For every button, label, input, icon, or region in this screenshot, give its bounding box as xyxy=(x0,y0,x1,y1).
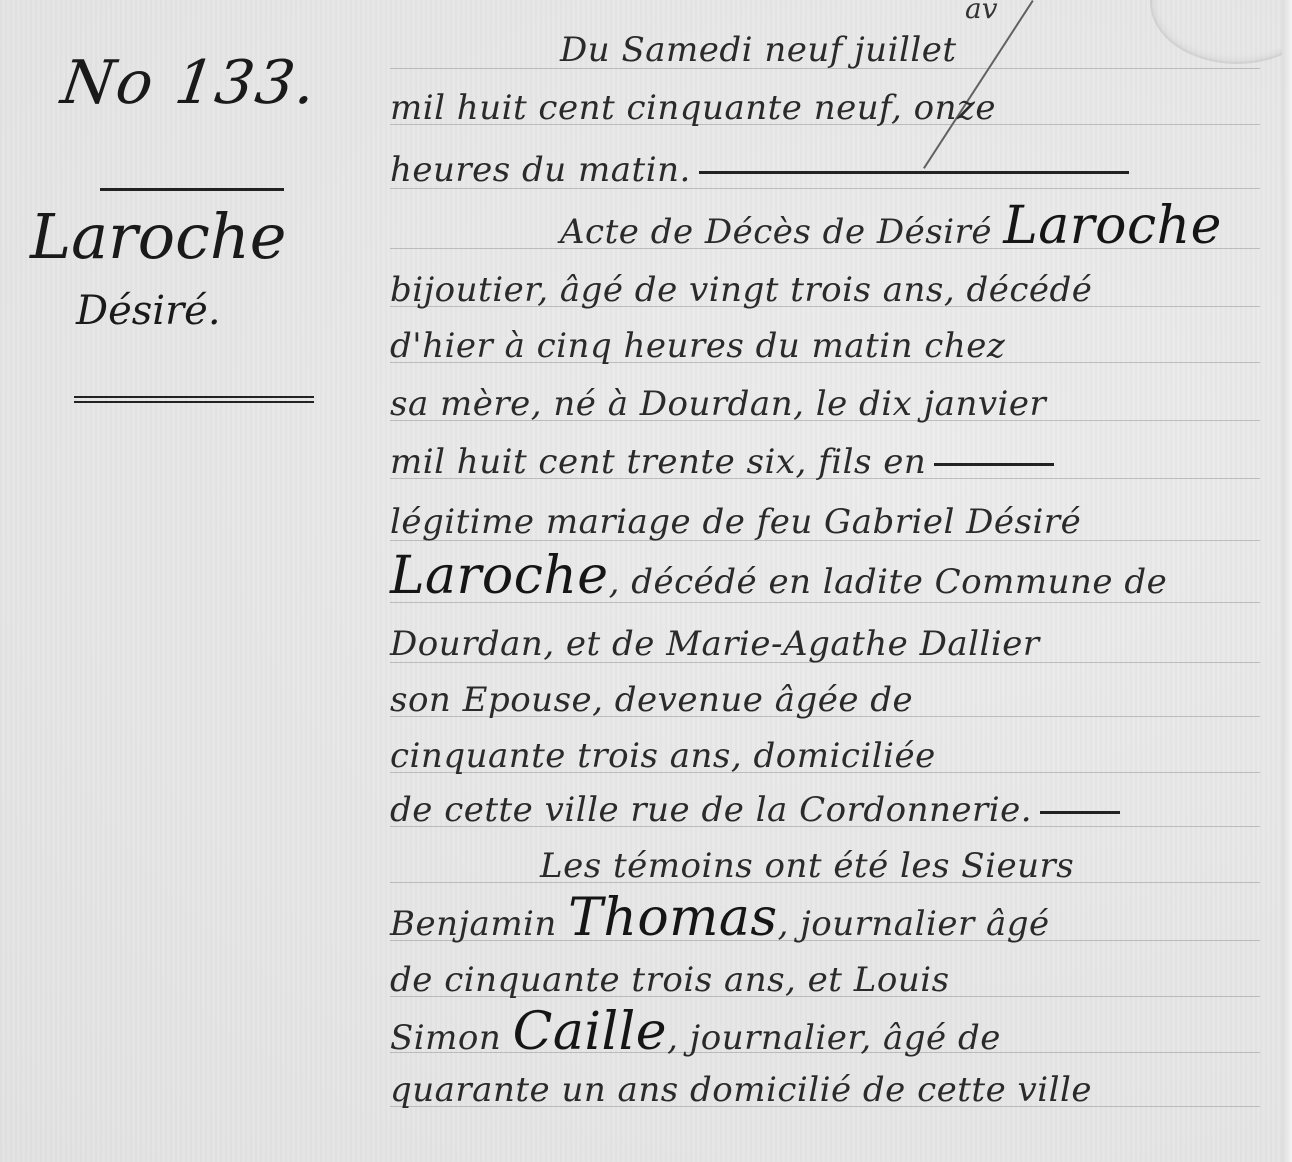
line-text: cinquante trois ans, domiciliée xyxy=(390,736,936,776)
witness-2-surname: Caille xyxy=(513,1002,667,1062)
margin-double-rule xyxy=(74,396,314,403)
record-line: Benjamin Thomas, journalier âgé xyxy=(390,898,1270,944)
line-text: d'hier à cinq heures du matin chez xyxy=(390,326,1005,366)
father-surname: Laroche xyxy=(390,546,609,606)
record-line: bijoutier, âgé de vingt trois ans, décéd… xyxy=(390,270,1270,310)
line-text: bijoutier, âgé de vingt trois ans, décéd… xyxy=(390,270,1092,310)
line-text: son Epouse, devenue âgée de xyxy=(390,680,913,720)
line-filler-dash xyxy=(934,463,1054,466)
record-line: mil huit cent cinquante neuf, onze xyxy=(390,88,1270,128)
margin-column: No 133. Laroche Désiré. xyxy=(0,0,380,1162)
record-line: d'hier à cinq heures du matin chez xyxy=(390,326,1270,366)
line-filler-dash xyxy=(699,171,1129,174)
line-text: Dourdan, et de Marie-Agathe Dallier xyxy=(390,624,1040,664)
line-text: Simon xyxy=(390,1018,513,1058)
margin-given-name: Désiré. xyxy=(76,288,221,334)
margin-rule xyxy=(100,188,284,191)
line-text: Acte de Décès de Désiré xyxy=(560,212,1003,252)
line-text: heures du matin. xyxy=(390,150,691,190)
document-page: No 133. Laroche Désiré. av Du Samedi neu… xyxy=(0,0,1292,1162)
record-line: Simon Caille, journalier, âgé de xyxy=(390,1012,1270,1058)
line-text: de cinquante trois ans, et Louis xyxy=(390,960,950,1000)
record-line: heures du matin. xyxy=(390,150,1270,190)
line-text: mil huit cent cinquante neuf, onze xyxy=(390,88,996,128)
line-text: , journalier âgé xyxy=(778,904,1050,944)
line-text: de cette ville rue de la Cordonnerie. xyxy=(390,790,1032,830)
record-line: cinquante trois ans, domiciliée xyxy=(390,736,1270,776)
deceased-surname: Laroche xyxy=(1003,196,1222,256)
record-line: Laroche, décédé en ladite Commune de xyxy=(390,556,1270,602)
record-line: quarante un ans domicilié de cette ville xyxy=(390,1070,1270,1110)
margin-surname: Laroche xyxy=(30,200,286,273)
entry-number: No 133. xyxy=(57,48,322,118)
line-text: , journalier, âgé de xyxy=(667,1018,1001,1058)
line-text: quarante un ans domicilié de cette ville xyxy=(390,1070,1092,1110)
line-text: Les témoins ont été les Sieurs xyxy=(540,846,1074,886)
record-line: Acte de Décès de Désiré Laroche xyxy=(390,206,1270,252)
record-line: mil huit cent trente six, fils en xyxy=(390,442,1270,482)
record-line: Les témoins ont été les Sieurs xyxy=(390,846,1270,886)
record-line: son Epouse, devenue âgée de xyxy=(390,680,1270,720)
line-text: Benjamin xyxy=(390,904,568,944)
record-line: de cette ville rue de la Cordonnerie. xyxy=(390,790,1270,830)
line-text: mil huit cent trente six, fils en xyxy=(390,442,926,482)
witness-1-surname: Thomas xyxy=(568,888,777,948)
line-filler-dash xyxy=(1040,811,1120,814)
record-line: légitime mariage de feu Gabriel Désiré xyxy=(390,502,1270,542)
line-text: sa mère, né à Dourdan, le dix janvier xyxy=(390,384,1046,424)
line-text: , décédé en ladite Commune de xyxy=(609,562,1168,602)
record-line: Du Samedi neuf juillet xyxy=(390,30,1270,70)
line-text: légitime mariage de feu Gabriel Désiré xyxy=(390,502,1081,542)
page-edge xyxy=(1282,0,1292,1162)
record-line: Dourdan, et de Marie-Agathe Dallier xyxy=(390,624,1270,664)
record-line: de cinquante trois ans, et Louis xyxy=(390,960,1270,1000)
record-line: sa mère, né à Dourdan, le dix janvier xyxy=(390,384,1270,424)
record-body: Du Samedi neuf juillet mil huit cent cin… xyxy=(390,0,1270,1162)
line-text: Du Samedi neuf juillet xyxy=(560,30,957,70)
